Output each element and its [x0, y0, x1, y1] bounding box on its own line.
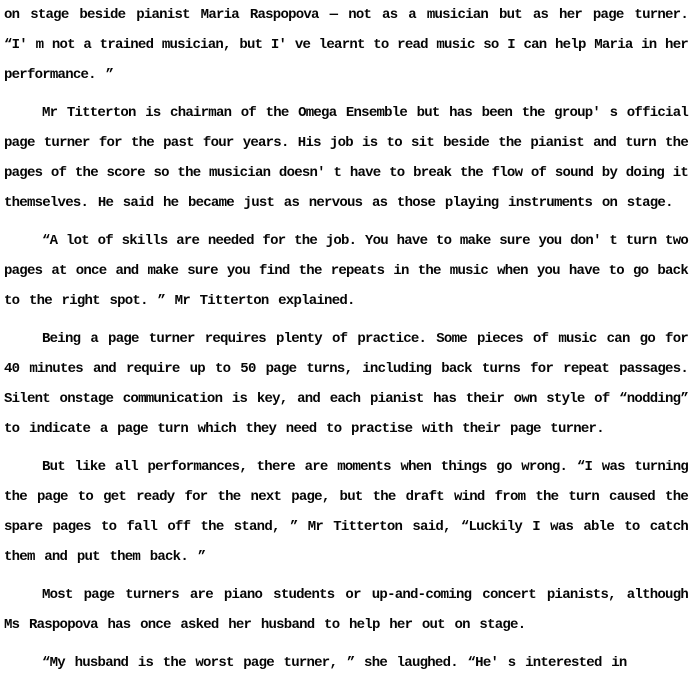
text-line: pages at once and make sure you find the… [4, 256, 688, 286]
text-line: 40 minutes and require up to 50 page tur… [4, 354, 688, 384]
paragraph: on stage beside pianist Maria Raspopova … [4, 0, 688, 90]
text-line: “My husband is the worst page turner, ” … [4, 648, 688, 678]
text-line: “A lot of skills are needed for the job.… [4, 226, 688, 256]
paragraph: But like all performances, there are mom… [4, 452, 688, 572]
text-line: performance. ” [4, 60, 688, 90]
text-line: to the right spot. ” Mr Titterton explai… [4, 286, 688, 316]
text-line: to indicate a page turn which they need … [4, 414, 688, 444]
text-line: Most page turners are piano students or … [4, 580, 688, 610]
text-line: pages of the score so the musician doesn… [4, 158, 688, 188]
text-line: But like all performances, there are mom… [4, 452, 688, 482]
reading-passage: on stage beside pianist Maria Raspopova … [0, 0, 693, 678]
text-line: Silent onstage communication is key, and… [4, 384, 688, 414]
text-line: themselves. He said he became just as ne… [4, 188, 688, 218]
text-line: spare pages to fall off the stand, ” Mr … [4, 512, 688, 542]
text-line: Ms Raspopova has once asked her husband … [4, 610, 688, 640]
paragraph: Most page turners are piano students or … [4, 580, 688, 640]
paragraph: Being a page turner requires plenty of p… [4, 324, 688, 444]
text-line: the page to get ready for the next page,… [4, 482, 688, 512]
text-line: on stage beside pianist Maria Raspopova … [4, 0, 688, 30]
text-line: Being a page turner requires plenty of p… [4, 324, 688, 354]
document-page: { "passage": { "paragraphs": [ { "lines"… [0, 0, 693, 688]
paragraph: Mr Titterton is chairman of the Omega En… [4, 98, 688, 218]
paragraph: “A lot of skills are needed for the job.… [4, 226, 688, 316]
text-line: them and put them back. ” [4, 542, 688, 572]
paragraph: “My husband is the worst page turner, ” … [4, 648, 688, 678]
text-line: “I' m not a trained musician, but I' ve … [4, 30, 688, 60]
text-line: Mr Titterton is chairman of the Omega En… [4, 98, 688, 128]
text-line: page turner for the past four years. His… [4, 128, 688, 158]
